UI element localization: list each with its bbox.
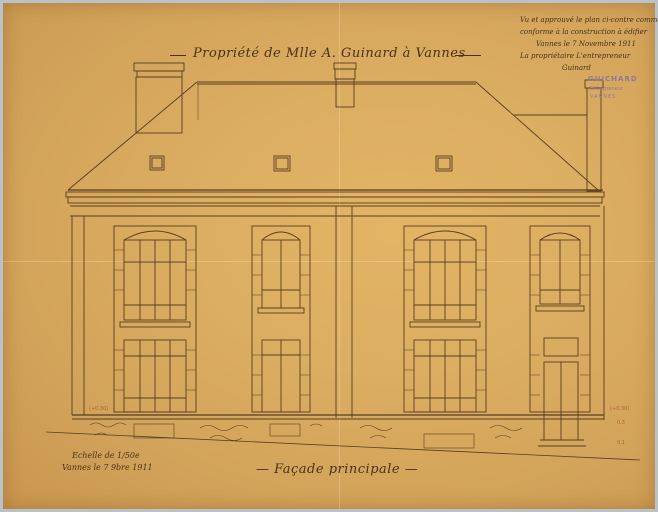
- walls: [72, 206, 604, 420]
- roof: [68, 82, 603, 190]
- facade-caption: — Façade principale —: [256, 462, 418, 477]
- level-label-left: (+0.30): [89, 406, 108, 412]
- scale-note: Echelle de 1/50e Vannes le 7 9bre 1911: [62, 450, 153, 474]
- window-bay-4-door: [530, 226, 590, 446]
- dim-label-1: 0.3: [617, 420, 625, 426]
- approval-line-4: La propriétaire L'entrepreneur: [520, 50, 658, 62]
- chimney-center: [334, 63, 356, 107]
- dim-label-2: 0.1: [617, 440, 625, 446]
- window-bay-1: [114, 226, 196, 412]
- approval-line-3: Vannes le 7 Novembre 1911: [520, 38, 658, 50]
- roof-vents: [150, 156, 452, 171]
- contractor-stamp-city: VANNES: [590, 94, 616, 100]
- window-bay-3: [404, 226, 486, 412]
- title-rule-left: [170, 55, 186, 56]
- signature: Guinard: [520, 62, 658, 74]
- approval-note: Vu et approuvé le plan ci-contre comme c…: [520, 14, 658, 74]
- date-line: Vannes le 7 9bre 1911: [62, 462, 153, 474]
- title-rule-right: [455, 55, 481, 56]
- contractor-stamp: GUICHARD: [588, 75, 638, 83]
- approval-line-1: Vu et approuvé le plan ci-contre comme: [520, 14, 658, 26]
- facade-elevation: [0, 0, 658, 512]
- cornice: [66, 192, 604, 216]
- document-title: Propriété de Mlle A. Guinard à Vannes: [193, 46, 466, 61]
- approval-line-2: conforme à la construction à édifier: [520, 26, 658, 38]
- level-label-right: (+0.30): [610, 406, 629, 412]
- chimney-left: [134, 63, 184, 133]
- window-bay-2: [252, 226, 310, 412]
- scale-line: Echelle de 1/50e: [62, 450, 153, 462]
- contractor-stamp-role: Entrepreneur: [590, 86, 623, 92]
